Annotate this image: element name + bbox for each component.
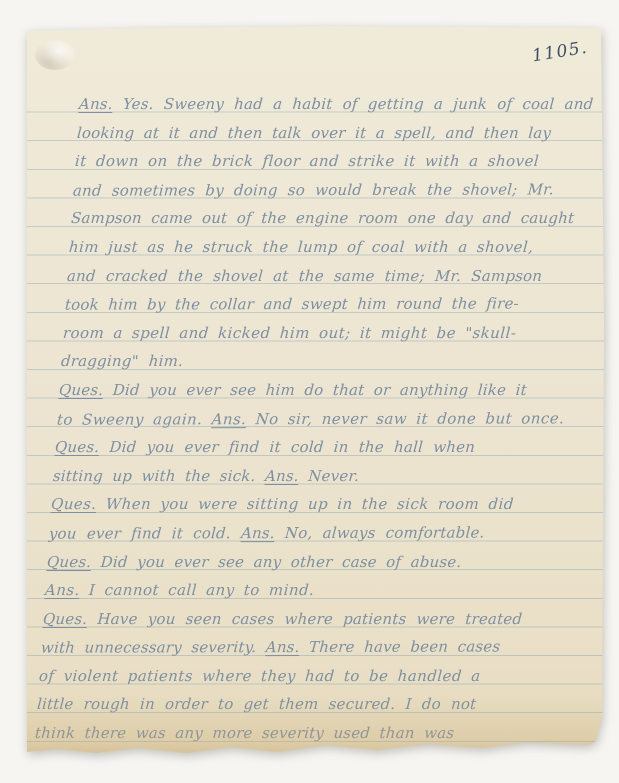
manuscript-line: Ques. Have you seen cases where patients… (42, 605, 554, 634)
manuscript-line: to Sweeny again. Ans. No sir, never saw … (56, 404, 568, 434)
manuscript-line: Ques. When you were sitting up in the si… (50, 490, 562, 519)
manuscript-line: think there was any more severity used t… (34, 719, 546, 748)
manuscript-line: took him by the collar and swept him rou… (64, 289, 576, 319)
manuscript-line: with unnecessary severity. Ans. There ha… (40, 633, 552, 663)
manuscript-line: Ans. Yes. Sweeny had a habit of getting … (78, 90, 590, 119)
manuscript-line: room a spell and kicked him out; it migh… (62, 319, 574, 348)
manuscript-line: Ques. Did you ever see him do that or an… (58, 376, 570, 405)
page-number: 1105. (531, 38, 590, 67)
manuscript-line: Sampson came out of the engine room one … (70, 204, 582, 233)
manuscript-line: it down on the brick floor and strike it… (74, 147, 586, 176)
manuscript-line: looking at it and then talk over it a sp… (76, 119, 588, 148)
manuscript-line: dragging" him. (60, 347, 572, 376)
manuscript-line: and sometimes by doing so would break th… (72, 175, 584, 205)
manuscript-text: Ans. Yes. Sweeny had a habit of getting … (34, 90, 590, 748)
paper-crease (35, 40, 75, 70)
manuscript-line: Ques. Did you ever find it cold in the h… (54, 433, 566, 462)
manuscript-line: Ans. I cannot call any to mind. (44, 576, 556, 605)
manuscript-line: sitting up with the sick. Ans. Never. (52, 462, 564, 491)
manuscript-line: of violent patients where they had to be… (38, 662, 550, 691)
manuscript-line: little rough in order to get them secure… (36, 690, 548, 719)
scanned-document: 1105. Ans. Yes. Sweeny had a habit of ge… (0, 0, 619, 783)
manuscript-line: him just as he struck the lump of coal w… (68, 233, 580, 262)
manuscript-line: Ques. Did you ever see any other case of… (46, 548, 558, 577)
paper-sheet: 1105. Ans. Yes. Sweeny had a habit of ge… (27, 26, 604, 753)
manuscript-line: you ever find it cold. Ans. No, always c… (48, 518, 560, 548)
manuscript-line: and cracked the shovel at the same time;… (66, 262, 578, 291)
